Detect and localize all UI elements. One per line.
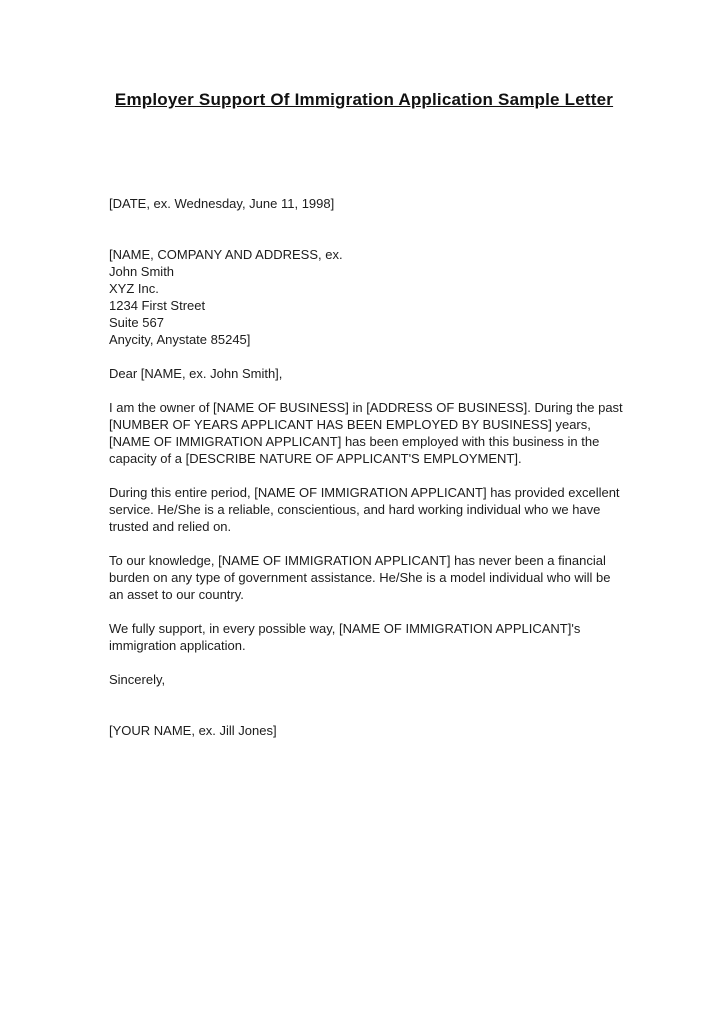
address-line: Anycity, Anystate 85245]: [109, 331, 626, 348]
body-paragraph: We fully support, in every possible way,…: [109, 620, 626, 654]
address-line: Suite 567: [109, 314, 626, 331]
recipient-address-block: [NAME, COMPANY AND ADDRESS, ex. John Smi…: [109, 246, 626, 348]
body-paragraph: I am the owner of [NAME OF BUSINESS] in …: [109, 399, 626, 467]
address-line: [NAME, COMPANY AND ADDRESS, ex.: [109, 246, 626, 263]
address-line: 1234 First Street: [109, 297, 626, 314]
letter-body: [DATE, ex. Wednesday, June 11, 1998] [NA…: [0, 195, 728, 739]
closing: Sincerely,: [109, 671, 626, 688]
body-paragraph: To our knowledge, [NAME OF IMMIGRATION A…: [109, 552, 626, 603]
address-line: XYZ Inc.: [109, 280, 626, 297]
salutation: Dear [NAME, ex. John Smith],: [109, 365, 626, 382]
signature-placeholder: [YOUR NAME, ex. Jill Jones]: [109, 722, 626, 739]
page-title: Employer Support Of Immigration Applicat…: [90, 88, 638, 111]
letter-page: Employer Support Of Immigration Applicat…: [0, 0, 728, 1031]
body-paragraph: During this entire period, [NAME OF IMMI…: [109, 484, 626, 535]
address-line: John Smith: [109, 263, 626, 280]
date-placeholder: [DATE, ex. Wednesday, June 11, 1998]: [109, 195, 626, 212]
